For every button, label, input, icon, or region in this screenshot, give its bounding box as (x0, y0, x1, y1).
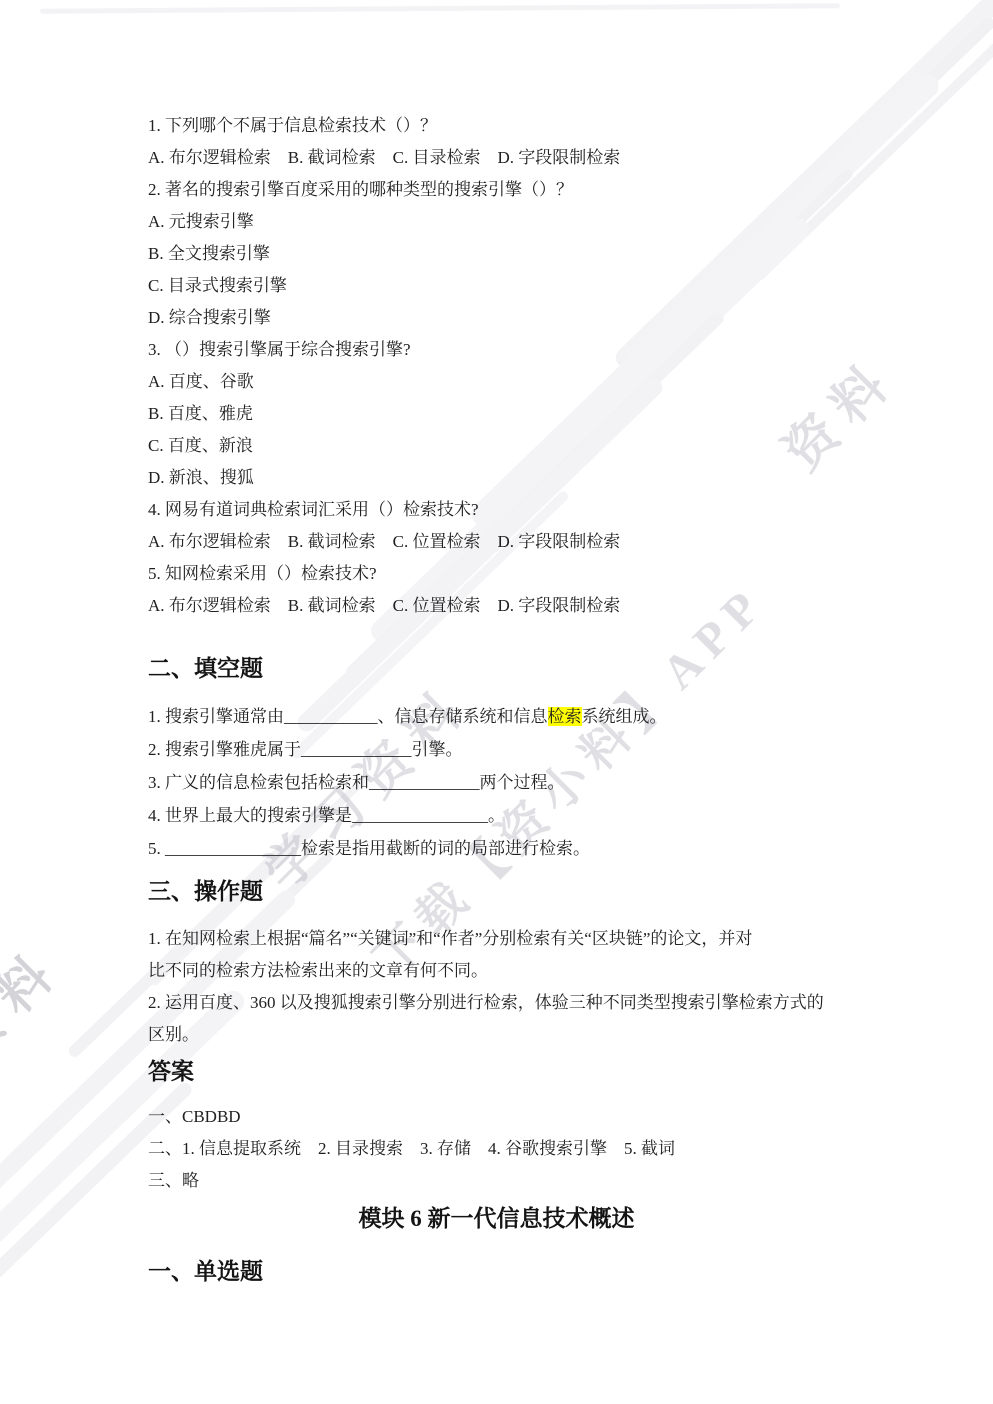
highlighted-text: 检索 (548, 707, 582, 726)
operation-line: 区别。 (148, 1019, 933, 1051)
option-line: B. 百度、雅虎 (148, 398, 933, 430)
operation-line: 1. 在知网检索上根据“篇名”“关键词”和“作者”分别检索有关“区块链”的论文，… (148, 923, 933, 955)
option-line: B. 全文搜索引擎 (148, 238, 933, 270)
answer-line: 二、1. 信息提取系统 2. 目录搜索 3. 存储 4. 谷歌搜索引擎 5. 截… (148, 1133, 933, 1165)
options-line: A. 布尔逻辑检索 B. 截词检索 C. 位置检索 D. 字段限制检索 (148, 526, 933, 558)
section-answers: 一、CBDBD 二、1. 信息提取系统 2. 目录搜索 3. 存储 4. 谷歌搜… (148, 1101, 933, 1197)
answer-line: 一、CBDBD (148, 1101, 933, 1133)
document-content: 1. 下列哪个不属于信息检索技术（）？ A. 布尔逻辑检索 B. 截词检索 C.… (0, 0, 993, 1289)
answer-line: 三、略 (148, 1165, 933, 1197)
section-fill-in: 1. 搜索引擎通常由___________、信息存储系统和信息检索系统组成。 2… (148, 700, 933, 865)
option-line: A. 百度、谷歌 (148, 366, 933, 398)
question-line: 1. 下列哪个不属于信息检索技术（）？ (148, 110, 933, 142)
section-single-choice: 1. 下列哪个不属于信息检索技术（）？ A. 布尔逻辑检索 B. 截词检索 C.… (148, 110, 933, 622)
section-operation: 1. 在知网检索上根据“篇名”“关键词”和“作者”分别检索有关“区块链”的论文，… (148, 923, 933, 1051)
fill-in-line: 1. 搜索引擎通常由___________、信息存储系统和信息检索系统组成。 (148, 700, 933, 733)
module-title: 模块 6 新一代信息技术概述 (0, 1203, 993, 1235)
operation-line: 比不同的检索方法检索出来的文章有何不同。 (148, 955, 933, 987)
section-heading-fill-in: 二、填空题 (148, 652, 933, 686)
question-line: 4. 网易有道词典检索词汇采用（）检索技术? (148, 494, 933, 526)
fill-in-line: 5. ________________检索是指用截断的词的局部进行检索。 (148, 832, 933, 865)
question-line: 5. 知网检索采用（）检索技术? (148, 558, 933, 590)
operation-line: 2. 运用百度、360 以及搜狐搜索引擎分别进行检索，体验三种不同类型搜索引擎检… (148, 987, 933, 1019)
fill-in-line: 4. 世界上最大的搜索引擎是________________。 (148, 799, 933, 832)
option-line: C. 百度、新浪 (148, 430, 933, 462)
options-line: A. 布尔逻辑检索 B. 截词检索 C. 位置检索 D. 字段限制检索 (148, 590, 933, 622)
section-heading-answers: 答案 (148, 1055, 933, 1089)
document-page: 学习资料 下载【资小料】APP 资料 资料 1. 下列哪个不属于信息检索技术（）… (0, 0, 993, 1404)
option-line: A. 元搜索引擎 (148, 206, 933, 238)
option-line: C. 目录式搜索引擎 (148, 270, 933, 302)
option-line: D. 新浪、搜狐 (148, 462, 933, 494)
section-heading-operation: 三、操作题 (148, 875, 933, 909)
option-line: D. 综合搜索引擎 (148, 302, 933, 334)
fill-in-line: 2. 搜索引擎雅虎属于_____________引擎。 (148, 733, 933, 766)
fill-in-q1-pre: 1. 搜索引擎通常由___________、信息存储系统和信息 (148, 707, 548, 726)
section-heading-single-choice-next: 一、单选题 (148, 1255, 933, 1289)
fill-in-line: 3. 广义的信息检索包括检索和_____________两个过程。 (148, 766, 933, 799)
options-line: A. 布尔逻辑检索 B. 截词检索 C. 目录检索 D. 字段限制检索 (148, 142, 933, 174)
fill-in-q1-post: 系统组成。 (582, 707, 667, 726)
question-line: 3. （）搜索引擎属于综合搜索引擎? (148, 334, 933, 366)
question-line: 2. 著名的搜索引擎百度采用的哪种类型的搜索引擎（）？ (148, 174, 933, 206)
